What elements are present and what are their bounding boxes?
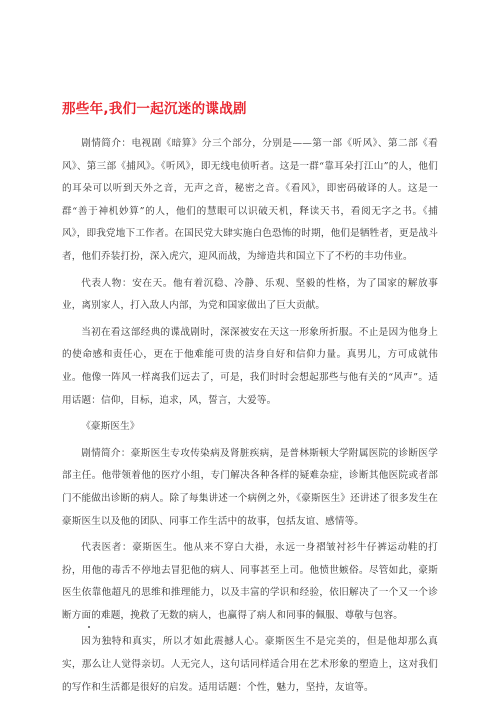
paragraph-house-character: 代表医者：豪斯医生。他从来不穿白大褂，永远一身褶皱衬衫牛仔裤运动鞋的打扮，用他的… xyxy=(62,537,438,627)
paragraph-anshuan-character: 代表人物：安在天。他有着沉稳、冷静、乐观、坚毅的性格，为了国家的解放事业，离别家… xyxy=(62,273,438,318)
paragraph-anshuan-plot: 剧情简介：电视剧《暗算》分三个部分，分别是——第一部《听风》、第二部《看风》、第… xyxy=(62,133,438,269)
paragraph-house-reflection: 因为独特和真实，所以才如此震撼人心。豪斯医生不是完美的，但是他却那么真实，那么让… xyxy=(62,631,438,699)
document-title: 那些年,我们一起沉迷的谍战剧 xyxy=(62,97,247,117)
paragraph-house-plot: 剧情简介：豪斯医生专攻传染病及肾脏疾病，是普林斯顿大学附属医院的诊断医学部主任。… xyxy=(62,443,438,533)
document-page: 那些年,我们一起沉迷的谍战剧 剧情简介：电视剧《暗算》分三个部分，分别是——第一… xyxy=(0,0,500,708)
footer-dot xyxy=(88,626,90,628)
section-heading-house: 《豪斯医生》 xyxy=(62,416,438,439)
paragraph-anshuan-reflection: 当初在看这部经典的谍战剧时，深深被安在天这一形象所折服。不止是因为他身上的使命感… xyxy=(62,322,438,412)
document-body: 剧情简介：电视剧《暗算》分三个部分，分别是——第一部《听风》、第二部《看风》、第… xyxy=(62,133,438,703)
